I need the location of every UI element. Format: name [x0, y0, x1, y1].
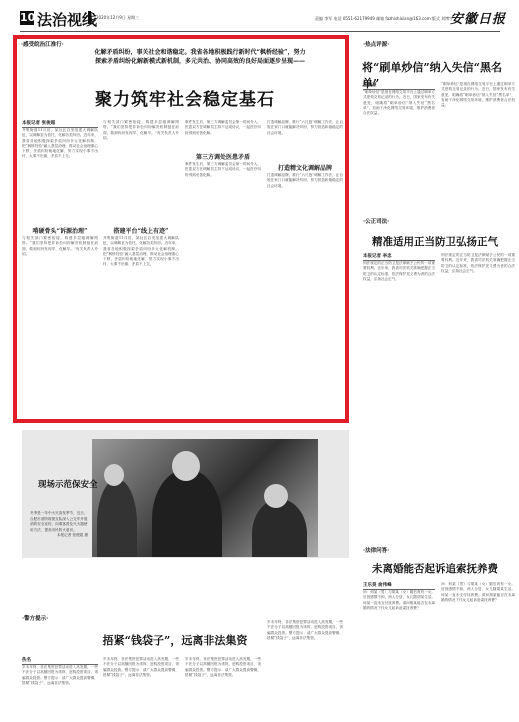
- article-column: 与相关部门紧密衔接，构建多层级调解网络。“我们坚持把非诉讼纠纷解决机制挺在前面，…: [22, 236, 98, 416]
- justice-byline: 本报记者 李忠: [363, 253, 435, 261]
- caption-text: 冬季是一年中火灾高发季节，近日，合肥市消防救援支队深入公交车开展消防安全宣传，向…: [30, 511, 88, 532]
- police-headline: 捂紧“钱袋子”，远离非法集资: [70, 632, 280, 648]
- article-column: 刑法规定的正当防卫是法律赋予公民的一项重要权利。近年来，我省司法机关准确把握正当…: [363, 261, 435, 526]
- article-column: 岁末年终，非法集资犯罪活动进入高发期，一些不法分子以高额回报为诱饵，虚构投资项目…: [267, 620, 343, 720]
- news-photo: [92, 439, 318, 557]
- hot-comment-kicker: ·热点评源·: [363, 40, 389, 48]
- article-column: 打造调解品牌，推行“六尺巷”调解工作法，让百姓在家门口就能解决纠纷，努力营造和谐…: [267, 120, 343, 158]
- main-kicker: ·感受皖治江准行·: [21, 40, 64, 48]
- law-qa-byline: 王乐昊 俞伟峰: [363, 582, 435, 590]
- newspaper-logo: 安徽日报: [450, 8, 506, 27]
- masthead-divider: [88, 11, 91, 24]
- photo-caption: 冬季是一年中火灾高发季节，近日，合肥市消防救援支队深入公交车开展消防安全宣传，向…: [30, 511, 88, 539]
- law-qa-headline: 未离婚能否起诉追索抚养费: [372, 561, 512, 576]
- subhead-line: 探索矛盾纠纷化解新模式新机制，多元共治、协同高效的良好局面逐步呈现——: [60, 57, 340, 66]
- article-column: 问：何某（男）与胡某（女）婚后育有一女。后因感情不和，两人分居，女儿随胡某生活。…: [363, 590, 435, 720]
- article-column: 岁末年终，非法集资犯罪活动进入高发期，一些不法分子以高额回报为诱饵，虚构投资项目…: [22, 665, 98, 720]
- article-column: 齐集街道11月初，某社区自发组建大调解队伍，以调解室为依托，化解各类纠纷。近年来…: [103, 236, 179, 416]
- article-subtitle: 搭建平台“线上有迹”: [103, 226, 179, 235]
- justice-kicker: ·公正司法·: [363, 217, 389, 225]
- issue-date: 2020年12月9日 星期三: [96, 15, 139, 21]
- main-headline: 聚力筑牢社会稳定基石: [20, 85, 350, 110]
- photo-title: 现场示范保安全: [38, 478, 98, 490]
- article-column: 事件发生后，第三方调解委员会第一时间介入，医患双方在调解员主持下达成协议，一起医…: [185, 120, 261, 148]
- subhead-line: 化解矛盾纠纷，事关社会和谐稳定。我省各地积极践行新时代“枫桥经验”，努力: [60, 48, 340, 57]
- article-column: 岁末年终，非法集资犯罪活动进入高发期，一些不法分子以高额回报为诱饵，虚构投资项目…: [103, 657, 179, 720]
- hot-comment-byline: 汪俊豪: [363, 82, 435, 90]
- article-column: 打造调解品牌，推行“六尺巷”调解工作法，让百姓在家门口就能解决纠纷，努力营造和谐…: [267, 173, 343, 416]
- article-column: 与相关部门紧密衔接，构建多层级调解网络。“我们坚持把非诉讼纠纷解决机制挺在前面，…: [103, 120, 179, 215]
- photo-credit: 本报记者 张俊超 摄: [30, 533, 88, 539]
- article-column: “刷单炒信”是指在网络交易平台上通过刷单方式虚构交易记录的行为。近日，国家发布有…: [441, 82, 515, 202]
- article-column: 事件发生后，第三方调解委员会第一时间介入，医患双方在调解员主持下达成协议，一起医…: [185, 162, 261, 416]
- article-column: 问：何某（男）与胡某（女）婚后育有一女。后因感情不和，两人分居，女儿随胡某生活。…: [441, 582, 515, 720]
- article-column: “刷单炒信”是指在网络交易平台上通过刷单方式虚构交易记录的行为。近日，国家发布有…: [363, 90, 435, 202]
- article-column: 岁末年终，非法集资犯罪活动进入高发期，一些不法分子以高额回报为诱饵，虚构投资项目…: [185, 657, 261, 720]
- article-subtitle: 第三方调处医患矛盾: [185, 152, 261, 161]
- article-column: 刑法规定的正当防卫是法律赋予公民的一项重要权利。近年来，我省司法机关准确把握正当…: [441, 253, 515, 526]
- article-column: 齐集街道11月初，某社区自发组建大调解队伍，以调解室为依托，化解各类纠纷。近年来…: [22, 128, 98, 223]
- law-qa-kicker: ·法律问答·: [363, 546, 389, 554]
- article-subtitle: 啃硬骨头“诉源治理”: [22, 226, 98, 235]
- police-byline: 佚名: [22, 657, 98, 665]
- main-byline: 本报记者 张俊超: [22, 120, 98, 128]
- article-subtitle: 打造精文化调解品牌: [267, 163, 343, 172]
- main-subhead: 化解矛盾纠纷，事关社会和谐稳定。我省各地积极践行新时代“枫桥经验”，努力 探索矛…: [60, 48, 340, 66]
- editor-info: 责编 李军 电话 0551-62179949 邮箱 fazhishixian@1…: [315, 16, 453, 22]
- justice-headline: 精准适用正当防卫弘扬正气: [372, 234, 512, 249]
- police-kicker: ·警方提示·: [22, 614, 48, 622]
- page-number: 10: [20, 11, 34, 25]
